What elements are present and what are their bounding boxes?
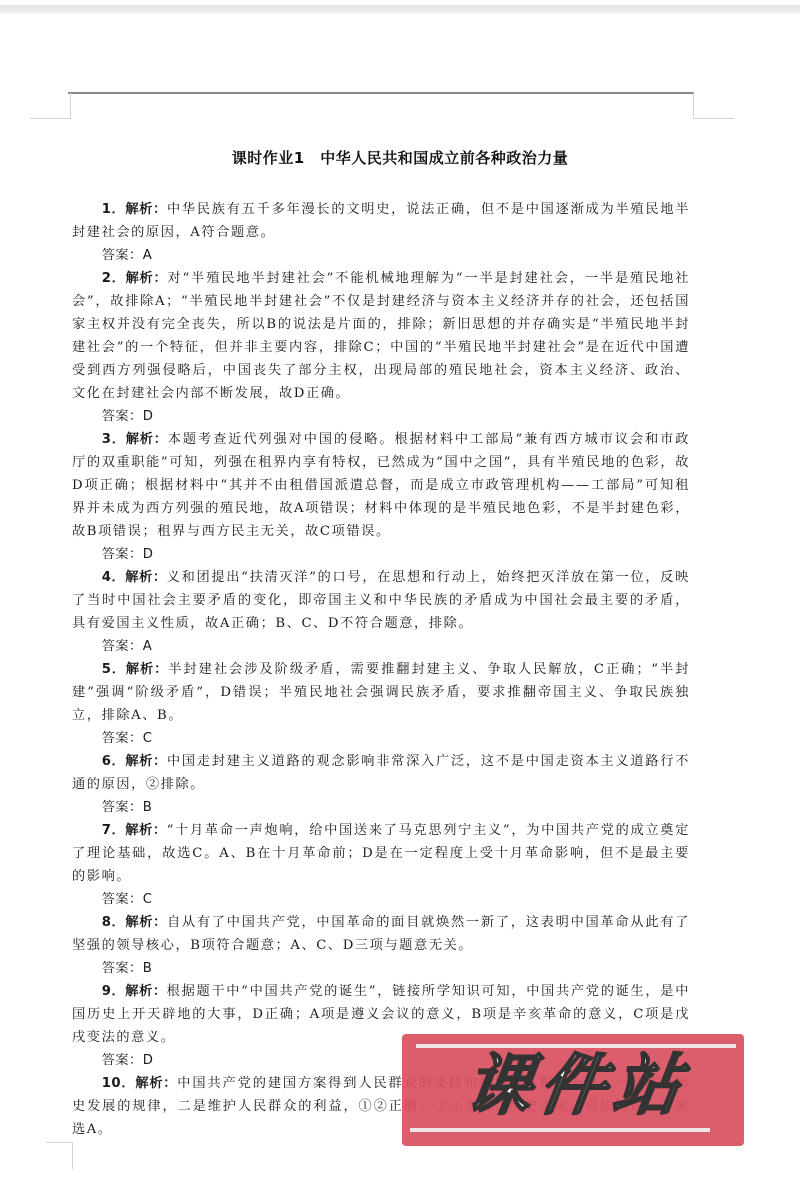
answer-item-2: 2．解析：对“半殖民地半封建社会”不能机械地理解为“一半是封建社会，一半是殖民地… [72,267,690,428]
item-label: 7．解析： [102,823,167,838]
item-label: 3．解析： [102,432,168,447]
document-body: 1．解析：中华民族有五千多年漫长的文明史，说法正确，但不是中国逐渐成为半殖民地半… [72,198,690,1141]
answer-item-4: 4．解析：义和团提出“扶清灭洋”的口号，在思想和行动上，始终把灭洋放在第一位，反… [72,566,690,658]
margin-corner-mark-top-left [30,93,71,119]
item-answer: 答案：D [72,543,690,566]
item-answer: 答案：B [72,957,690,980]
item-answer: 答案：A [72,635,690,658]
item-answer: 答案：D [72,405,690,428]
answer-item-5: 5．解析：半封建社会涉及阶级矛盾，需要推翻封建主义、争取人民解放，C正确；“半封… [72,658,690,750]
item-label: 6．解析： [102,754,167,769]
item-explanation: 对“半殖民地半封建社会”不能机械地理解为“一半是封建社会，一半是殖民地社会”，故… [72,271,690,401]
item-label: 8．解析： [102,915,167,930]
answer-item-8: 8．解析：自从有了中国共产党，中国革命的面目就焕然一新了，这表明中国革命从此有了… [72,911,690,980]
item-label: 4．解析： [102,570,167,585]
viewer-top-band [0,0,800,14]
item-label: 1．解析： [102,202,167,217]
answer-item-7: 7．解析：“十月革命一声炮响，给中国送来了马克思列宁主义”，为中国共产党的成立奠… [72,819,690,911]
item-answer: 答案：C [72,727,690,750]
item-answer: 答案：D [72,1049,690,1072]
item-answer: 答案：C [72,888,690,911]
answer-item-1: 1．解析：中华民族有五千多年漫长的文明史，说法正确，但不是中国逐渐成为半殖民地半… [72,198,690,267]
document-title: 课时作业1 中华人民共和国成立前各种政治力量 [0,147,800,168]
item-label: 2．解析： [102,271,168,286]
margin-corner-mark-bottom-left [46,1142,73,1169]
item-answer: 答案：B [72,796,690,819]
answer-item-6: 6．解析：中国走封建主义道路的观念影响非常深入广泛，这不是中国走资本主义道路行不… [72,750,690,819]
item-label: 10．解析： [102,1076,178,1091]
item-answer: 答案：A [72,244,690,267]
item-label: 5．解析： [102,662,169,677]
item-explanation: 本题考查近代列强对中国的侵略。根据材料中工部局“兼有西方城市议会和市政厅的双重职… [72,432,690,539]
answer-item-3: 3．解析：本题考查近代列强对中国的侵略。根据材料中工部局“兼有西方城市议会和市政… [72,428,690,566]
margin-corner-mark-top-right [693,93,734,119]
answer-item-10: 10．解析：中国共产党的建国方案得到人民群众的支持和拥护，从根本上讲，一是符合历… [72,1072,690,1141]
item-label: 9．解析： [102,984,167,999]
answer-item-9: 9．解析：根据题干中“中国共产党的诞生”，链接所学知识可知，中国共产党的诞生，是… [72,980,690,1072]
page-header-rule [68,92,694,94]
